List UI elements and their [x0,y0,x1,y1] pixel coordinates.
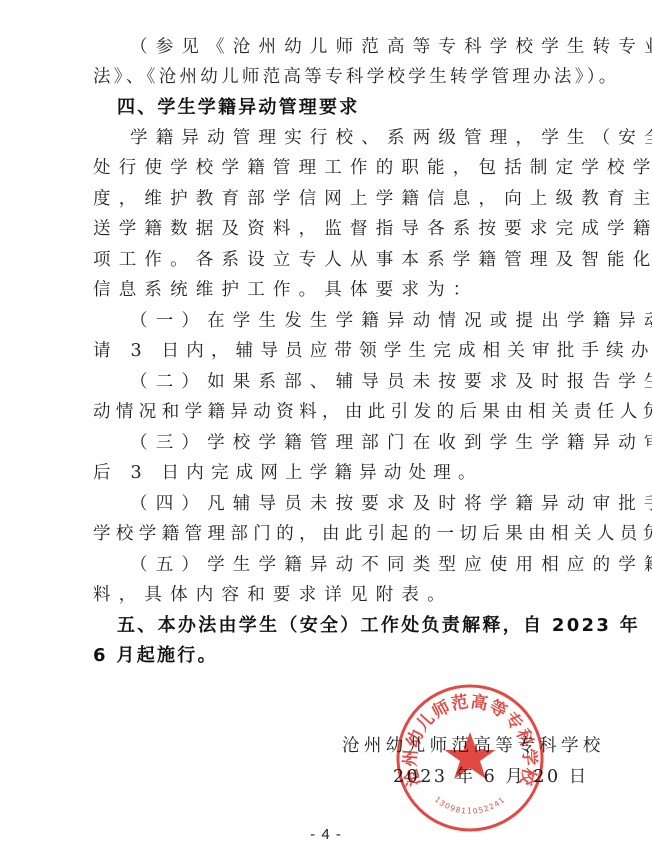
paragraph-line: 度，维护教育部学信网上学籍信息，向上级教育主管部门报 [93,184,571,214]
list-item-line: （五）学生学籍异动不同类型应使用相应的学籍异动资 [130,550,571,580]
paragraph-line: （参见《沧州幼儿师范高等专科学校学生转专业管理办 [130,32,571,62]
star-icon [445,732,496,779]
page-number: - 4 - [0,826,652,843]
list-item-line: （二）如果系部、辅导员未按要求及时报告学生学籍异 [130,367,571,397]
paragraph-line: 信息系统维护工作。具体要求为： [93,275,571,305]
paragraph-line: 学籍异动管理实行校、系两级管理，学生（安全）工作 [130,123,571,153]
paragraph-line: 处行使学校学籍管理工作的职能，包括制定学校学籍管理制 [93,153,571,183]
section-5-line: 6 月起施行。 [93,641,571,671]
seal-code-text: 1309811052241 [433,795,507,816]
section-heading: 四、学生学籍异动管理要求 [117,93,558,123]
list-item-line: 后 3 日内完成网上学籍异动处理。 [93,458,571,488]
list-item-line: （一）在学生发生学籍异动情况或提出学籍异动书面申 [130,306,571,336]
official-seal-stamp: 沧州幼儿师范高等专科学校 1309811052241 [392,680,548,836]
list-item-line: （四）凡辅导员未按要求及时将学籍异动审批手续交回 [130,489,571,519]
svg-text:1309811052241: 1309811052241 [433,795,507,816]
list-item-line: 动情况和学籍异动资料，由此引发的后果由相关责任人负责。 [93,397,571,427]
paragraph-line: 项工作。各系设立专人从事本系学籍管理及智能化校园学生 [93,245,571,275]
list-item-line: 请 3 日内，辅导员应带领学生完成相关审批手续办理。 [93,336,571,366]
paragraph-line: 送学籍数据及资料，监督指导各系按要求完成学籍管理等各 [93,214,571,244]
paragraph-line: 法》、《沧州幼儿师范高等专科学校学生转学管理办法》）。 [93,62,571,92]
list-item-line: （三）学校学籍管理部门在收到学生学籍异动审批手续 [130,428,571,458]
section-5-line: 五、本办法由学生（安全）工作处负责解释，自 2023 年 [117,611,558,641]
list-item-line: 料，具体内容和要求详见附表。 [93,580,571,610]
list-item-line: 学校学籍管理部门的，由此引起的一切后果由相关人员负责。 [93,519,571,549]
document-page: （参见《沧州幼儿师范高等专科学校学生转专业管理办 法》、《沧州幼儿师范高等专科学… [0,0,652,859]
